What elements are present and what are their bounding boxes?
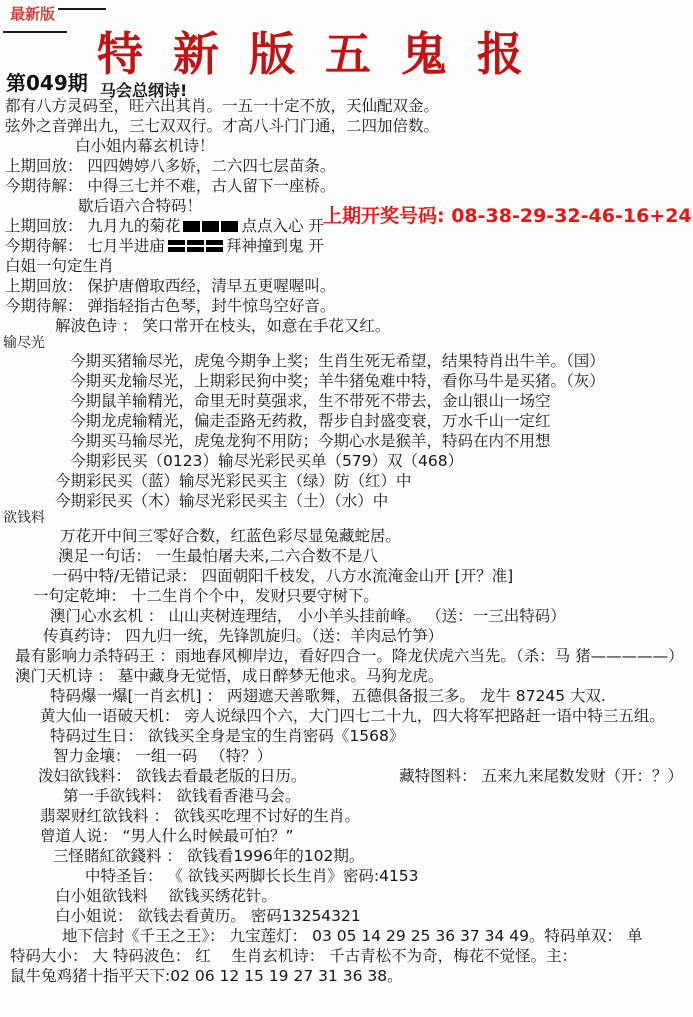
text-line: 澳足一句话： 一生最怕屠夫来,二六合数不是八 [0, 546, 693, 566]
text-segment: 上期回放： 四四娉婷八多娇，二六四七层苗条。 [5, 156, 335, 176]
text-segment: 今期待解： 弹指轻指古色琴，封牛惊鸟空好音。 [5, 296, 335, 316]
text-line: 鼠牛兔鸡猪十指平天下:02 06 12 15 19 27 31 36 38。 [0, 966, 693, 986]
text-segment: 传真药诗： 四九归一统，先锋凯旋归。（送：羊肉忌竹笋） [43, 626, 443, 646]
text-segment: 黄大仙一语破天机： 旁人说绿四个六，大门四七二十九，四大将军把路赶一语中特三五组… [40, 706, 665, 726]
text-segment: 翡翠财红欲钱料 ： 欲钱买吃理不讨好的生肖。 [40, 806, 360, 826]
text-segment: 地下信封《千王之王》： 九宝莲灯： 03 05 14 29 25 36 37 3… [62, 926, 642, 946]
decorative-rule-left [3, 31, 67, 33]
text-segment: 白小姐说： 欲钱去看黄历。 密码13254321 [55, 906, 361, 926]
text-line: 最有影响力杀特码王 ：雨地春风柳岸边，看好四合一。降龙伏虎六当先。（杀：马 猪—… [0, 646, 693, 666]
text-segment: 特码爆一爆[一肖玄机] ： 两翅遮天善歌舞，五德俱备报三多。 龙牛 87245 … [50, 686, 606, 706]
text-segment: 输尽光 [3, 336, 45, 351]
text-segment: 一码中特/无错记录： 四面朝阳千枝发，八方水流淹金山开 [开？准] [52, 566, 513, 586]
text-line: 特码大小： 大 特码波色： 红 生肖玄机诗： 千古青松不为奇，梅花不觉怪。主： [0, 946, 693, 966]
section-header-yuqianliao: 欲钱料 [0, 511, 693, 526]
text-line: 黄大仙一语破天机： 旁人说绿四个六，大门四七二十九，四大将军把路赶一语中特三五组… [0, 706, 693, 726]
text-segment: 拜神撞到鬼 开 [226, 236, 324, 256]
decorative-rule-top [58, 8, 106, 10]
text-segment: 今期彩民买（蓝）输尽光彩民买主（绿）防（红）中 [55, 471, 412, 491]
text-segment: 最有影响力杀特码王 ：雨地春风柳岸边，看好四合一。降龙伏虎六当先。（杀：马 猪—… [15, 646, 684, 666]
content-lines: 都有八方灵码至，旺六出其肖。一五一十定不放，天仙配双金。弦外之音弹出九，三七双双… [0, 96, 693, 986]
text-line: 传真药诗： 四九归一统，先锋凯旋归。（送：羊肉忌竹笋） [0, 626, 693, 646]
text-segment: 歇后语六合特码！ [78, 196, 202, 216]
issue-number: 第049期 [6, 67, 88, 96]
text-segment: 今期彩民买（0123）输尽光彩民买单（579）双（468） [70, 451, 463, 471]
text-segment: 一句定乾坤： 十二生肖个个中，发财只要守树下。 [33, 586, 379, 606]
text-segment: 弦外之音弹出九，三七双双行。才高八斗门门通，二四加倍数。 [5, 116, 439, 136]
text-line: 地下信封《千王之王》： 九宝莲灯： 03 05 14 29 25 36 37 3… [0, 926, 693, 946]
text-line: 曾道人说： “男人什么时候最可怕？” [0, 826, 693, 846]
text-line: 今期买龙输尽光，上期彩民狗中奖；羊牛猪兔难中特，看你马牛是买猪。（灰） [0, 371, 693, 391]
text-segment: 点点入心 开 [241, 216, 323, 236]
text-line: 翡翠财红欲钱料 ： 欲钱买吃理不讨好的生肖。 [0, 806, 693, 826]
edition-tag: 最新版 [10, 3, 55, 24]
text-segment: 智力金壤： 一组一码 （特？） [53, 746, 272, 766]
text-segment: 解波色诗 ： 笑口常开在枝头，如意在手花又红。 [55, 316, 390, 336]
text-line: 特码爆一爆[一肖玄机] ： 两翅遮天善歌舞，五德俱备报三多。 龙牛 87245 … [0, 686, 693, 706]
text-segment: 今期彩民买（木）输尽光彩民买主（土）（水）中 [55, 491, 388, 511]
text-segment: 今期鼠羊输精光，命里无时莫强求，生不带死不带去，金山银山一场空 [70, 391, 551, 411]
text-line: 澳门心水玄机 ： 山山夹树连理结， 小小羊头挂前峰。 （送：一三出特码） [0, 606, 693, 626]
censored-bars-icon [168, 240, 223, 252]
text-line: 万花开中间三零好合数，红蓝色彩尽显兔藏蛇居。 [0, 526, 693, 546]
text-line: 今期买猪输尽光，虎兔今期争上奖；生肖生死无希望，结果特肖出牛羊。（国） [0, 351, 693, 371]
text-line: 上期回放： 保护唐僧取西经，清早五更喔喔叫。 [0, 276, 693, 296]
text-segment: 今期龙虎输精光，偏走歪路无药救，帮步自封盛变衰，万水千山一定红 [70, 411, 551, 431]
text-line: 今期买马输尽光，虎兔龙狗不用防；今期心水是猴羊，特码在内不用想 [0, 431, 693, 451]
text-segment: 万花开中间三零好合数，红蓝色彩尽显兔藏蛇居。 [60, 526, 401, 546]
text-segment: 白小姐内幕玄机诗！ [75, 136, 215, 156]
text-line: 今期鼠羊输精光，命里无时莫强求，生不带死不带去，金山银山一场空 [0, 391, 693, 411]
text-line: 智力金壤： 一组一码 （特？） [0, 746, 693, 766]
section-header-shujinguang: 输尽光 [0, 336, 693, 351]
text-line: 白小姐欲钱料 欲钱买绣花针。 [0, 886, 693, 906]
text-segment: 澳门心水玄机 ： 山山夹树连理结， 小小羊头挂前峰。 （送：一三出特码） [50, 606, 566, 626]
text-segment: 欲钱料 [3, 511, 45, 526]
text-line: 白小姐内幕玄机诗！ [0, 136, 693, 156]
text-line: 上期回放： 四四娉婷八多娇，二六四七层苗条。 [0, 156, 693, 176]
text-line: 都有八方灵码至，旺六出其肖。一五一十定不放，天仙配双金。 [0, 96, 693, 116]
text-segment: 鼠牛兔鸡猪十指平天下:02 06 12 15 19 27 31 36 38。 [10, 966, 403, 986]
text-line: 第一手欲钱料： 欲钱看香港马会。 [0, 786, 693, 806]
text-line: 今期龙虎输精光，偏走歪路无药救，帮步自封盛变衰，万水千山一定红 [0, 411, 693, 431]
last-draw-result: 上期开奖号码: 08-38-29-32-46-16+24 [323, 201, 692, 228]
text-segment: 都有八方灵码至，旺六出其肖。一五一十定不放，天仙配双金。 [5, 96, 439, 116]
text-line: 白小姐说： 欲钱去看黄历。 密码13254321 [0, 906, 693, 926]
text-segment: 特码过生日： 欲钱买全身是宝的生肖密码《1568》 [50, 726, 404, 746]
text-segment: 今期待解： 中得三七并不难，古人留下一座桥。 [5, 176, 335, 196]
text-line: 今期彩民买（木）输尽光彩民买主（土）（水）中 [0, 491, 693, 511]
xiehouyu-current: 今期待解： 七月半进庙拜神撞到鬼 开 [0, 236, 693, 256]
dual-column-line: 泼妇欲钱料： 欲钱去看最老版的日历。藏特图料： 五来九来尾数发财（开：？） [0, 766, 693, 786]
text-line: 三怪賭紅欲錢料 ： 欲钱看1996年的102期。 [0, 846, 693, 866]
text-line: 今期待解： 弹指轻指古色琴，封牛惊鸟空好音。 [0, 296, 693, 316]
text-segment: 上期回放： 保护唐僧取西经，清早五更喔喔叫。 [5, 276, 335, 296]
text-line: 特码过生日： 欲钱买全身是宝的生肖密码《1568》 [0, 726, 693, 746]
text-line: 中特圣旨： 《 欲钱买两脚长长生肖》密码:4153 [0, 866, 693, 886]
text-segment: 上期回放： 九月九的菊花 [5, 216, 180, 236]
text-line: 澳门天机诗 ： 墓中藏身无觉悟，成日醉梦无他求。马狗龙虎。 [0, 666, 693, 686]
text-line: 弦外之音弹出九，三七双双行。才高八斗门门通，二四加倍数。 [0, 116, 693, 136]
text-segment: 今期买猪输尽光，虎兔今期争上奖；生肖生死无希望，结果特肖出牛羊。（国） [70, 351, 605, 371]
text-segment: 白姐一句定生肖 [5, 256, 114, 276]
text-segment: 泼妇欲钱料： 欲钱去看最老版的日历。 [38, 766, 306, 786]
text-line: 解波色诗 ： 笑口常开在枝头，如意在手花又红。 [0, 316, 693, 336]
text-line: 一码中特/无错记录： 四面朝阳千枝发，八方水流淹金山开 [开？准] [0, 566, 693, 586]
text-segment: 藏特图料： 五来九来尾数发财（开：？） [399, 766, 683, 786]
text-line: 一句定乾坤： 十二生肖个个中，发财只要守树下。 [0, 586, 693, 606]
text-segment: 三怪賭紅欲錢料 ： 欲钱看1996年的102期。 [53, 846, 364, 866]
text-segment: 今期买马输尽光，虎兔龙狗不用防；今期心水是猴羊，特码在内不用想 [70, 431, 551, 451]
text-segment: 澳足一句话： 一生最怕屠夫来,二六合数不是八 [58, 546, 378, 566]
text-line: 今期待解： 中得三七并不难，古人留下一座桥。 [0, 176, 693, 196]
text-segment: 今期待解： 七月半进庙 [5, 236, 165, 256]
text-segment: 中特圣旨： 《 欲钱买两脚长长生肖》密码:4153 [85, 866, 419, 886]
text-line: 今期彩民买（蓝）输尽光彩民买主（绿）防（红）中 [0, 471, 693, 491]
page-header: 最新版 特新版五鬼报 第049期 马会总纲诗! [0, 0, 693, 96]
text-segment: 澳门天机诗 ： 墓中藏身无觉悟，成日醉梦无他求。马狗龙虎。 [15, 666, 443, 686]
text-line: 白姐一句定生肖 [0, 256, 693, 276]
text-line: 今期彩民买（0123）输尽光彩民买单（579）双（468） [0, 451, 693, 471]
text-segment: 第一手欲钱料： 欲钱看香港马会。 [63, 786, 300, 806]
text-segment: 今期买龙输尽光，上期彩民狗中奖；羊牛猪兔难中特，看你马牛是买猪。（灰） [70, 371, 605, 391]
text-segment: 特码大小： 大 特码波色： 红 生肖玄机诗： 千古青松不为奇，梅花不觉怪。主： [10, 946, 577, 966]
page-title: 特新版五鬼报 [97, 18, 553, 84]
text-segment: 白小姐欲钱料 欲钱买绣花针。 [55, 886, 277, 906]
text-segment: 曾道人说： “男人什么时候最可怕？” [40, 826, 294, 846]
censored-bars-icon [183, 221, 238, 232]
